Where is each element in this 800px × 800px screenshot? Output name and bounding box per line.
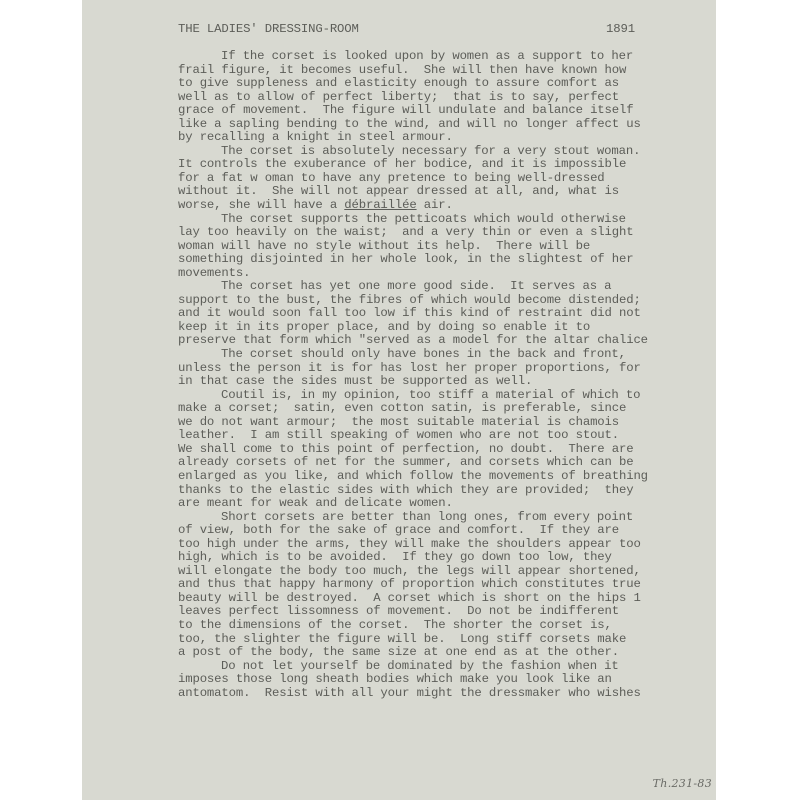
text-line: The corset supports the petticoats which… [178,213,716,227]
text-line: beauty will be destroyed. A corset which… [178,592,716,606]
text-line: a post of the body, the same size at one… [178,646,716,660]
text-line: too high under the arms, they will make … [178,538,716,552]
text-line: support to the bust, the fibres of which… [178,294,716,308]
text-line: thanks to the elastic sides with which t… [178,484,716,498]
text-line: something disjointed in her whole look, … [178,253,716,267]
text-line: It controls the exuberance of her bodice… [178,158,716,172]
text-line: unless the person it is for has lost her… [178,362,716,376]
text-line: Do not let yourself be dominated by the … [178,660,716,674]
text-line: and it would soon fall too low if this k… [178,307,716,321]
text-line: Short corsets are better than long ones,… [178,511,716,525]
text-line: grace of movement. The figure will undul… [178,104,716,118]
text-line: to give suppleness and elasticity enough… [178,77,716,91]
page-title: THE LADIES' DRESSING-ROOM [178,22,359,36]
text-line: by recalling a knight in steel armour. [178,131,716,145]
text-line: to the dimensions of the corset. The sho… [178,619,716,633]
text-line: without it. She will not appear dressed … [178,185,716,199]
text-line: too, the slighter the figure will be. Lo… [178,633,716,647]
text-line: If the corset is looked upon by women as… [178,50,716,64]
document-page: THE LADIES' DRESSING-ROOM 1891 If the co… [82,0,716,800]
text-line: we do not want armour; the most suitable… [178,416,716,430]
text-line: make a corset; satin, even cotton satin,… [178,402,716,416]
text-line: will elongate the body too much, the leg… [178,565,716,579]
text-line: The corset is absolutely necessary for a… [178,145,716,159]
text-line: of view, both for the sake of grace and … [178,524,716,538]
text-line: in that case the sides must be supported… [178,375,716,389]
page-year: 1891 [606,22,635,36]
page-header: THE LADIES' DRESSING-ROOM 1891 [178,22,698,38]
underlined-word: débraillée [344,198,416,212]
text-line: already corsets of net for the summer, a… [178,456,716,470]
text-line: We shall come to this point of perfectio… [178,443,716,457]
text-line: woman will have no style without its hel… [178,240,716,254]
text-line: enlarged as you like, and which follow t… [178,470,716,484]
text-line: worse, she will have a débraillée air. [178,199,716,213]
document-body: If the corset is looked upon by women as… [178,50,716,700]
text-line: like a sapling bending to the wind, and … [178,118,716,132]
text-line: well as to allow of perfect liberty; tha… [178,91,716,105]
text-line: preserve that form which "served as a mo… [178,334,716,348]
text-line: and thus that happy harmony of proportio… [178,578,716,592]
text-line: keep it in its proper place, and by doin… [178,321,716,335]
text-line: Coutil is, in my opinion, too stiff a ma… [178,389,716,403]
text-line: are meant for weak and delicate women. [178,497,716,511]
text-line: antomatom. Resist with all your might th… [178,687,716,701]
text-line: high, which is to be avoided. If they go… [178,551,716,565]
text-line: for a fat w oman to have any pretence to… [178,172,716,186]
catalog-number: Th.231-83 [653,777,712,790]
text-line: lay too heavily on the waist; and a very… [178,226,716,240]
text-line: The corset has yet one more good side. I… [178,280,716,294]
text-line: movements. [178,267,716,281]
text-line: frail figure, it becomes useful. She wil… [178,64,716,78]
text-line: leaves perfect lissomness of movement. D… [178,605,716,619]
text-line: leather. I am still speaking of women wh… [178,429,716,443]
text-line: The corset should only have bones in the… [178,348,716,362]
text-line: imposes those long sheath bodies which m… [178,673,716,687]
